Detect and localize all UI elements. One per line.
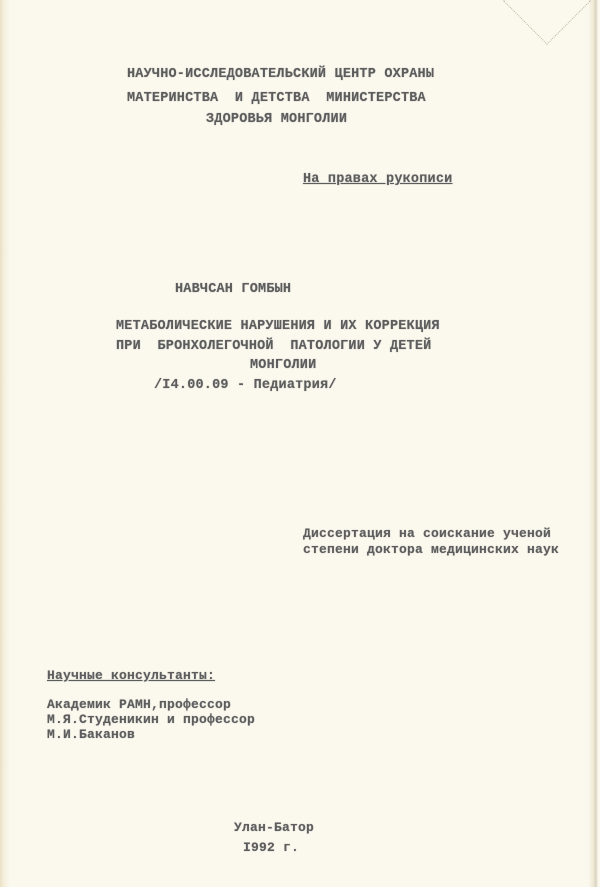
institution-line-1: НАУЧНО-ИССЛЕДОВАТЕЛЬСКИЙ ЦЕНТР ОХРАНЫ [127, 67, 434, 82]
degree-line-2: степени доктора медицинских наук [303, 542, 559, 557]
consultant-line-1: Академик РАМН,профессор [47, 697, 231, 712]
title-line-1: МЕТАБОЛИЧЕСКИЕ НАРУШЕНИЯ И ИХ КОРРЕКЦИЯ [116, 319, 440, 334]
institution-line-2: МАТЕРИНСТВА И ДЕТСТВА МИНИСТЕРСТВА [127, 91, 426, 106]
title-line-2: ПРИ БРОНХОЛЕГОЧНОЙ ПАТОЛОГИИ У ДЕТЕЙ [116, 339, 431, 354]
institution-line-3: ЗДОРОВЬЯ МОНГОЛИИ [206, 112, 347, 127]
city: Улан-Батор [234, 820, 314, 835]
year: I992 г. [243, 840, 299, 855]
document-page: НАУЧНО-ИССЛЕДОВАТЕЛЬСКИЙ ЦЕНТР ОХРАНЫ МА… [0, 0, 600, 887]
folded-corner [503, 0, 591, 45]
manuscript-note: На правах рукописи [303, 172, 452, 187]
consultant-line-3: М.И.Баканов [47, 727, 135, 742]
consultant-line-2: М.Я.Студеникин и профессор [47, 712, 255, 727]
title-line-3: МОНГОЛИИ [250, 358, 316, 373]
degree-line-1: Диссертация на соискание ученой [303, 526, 551, 541]
consultants-heading: Научные консультанты: [47, 668, 215, 683]
specialty-code: /I4.00.09 - Педиатрия/ [154, 378, 337, 393]
author-name: НАВЧСАН ГОМБЫН [175, 282, 291, 297]
